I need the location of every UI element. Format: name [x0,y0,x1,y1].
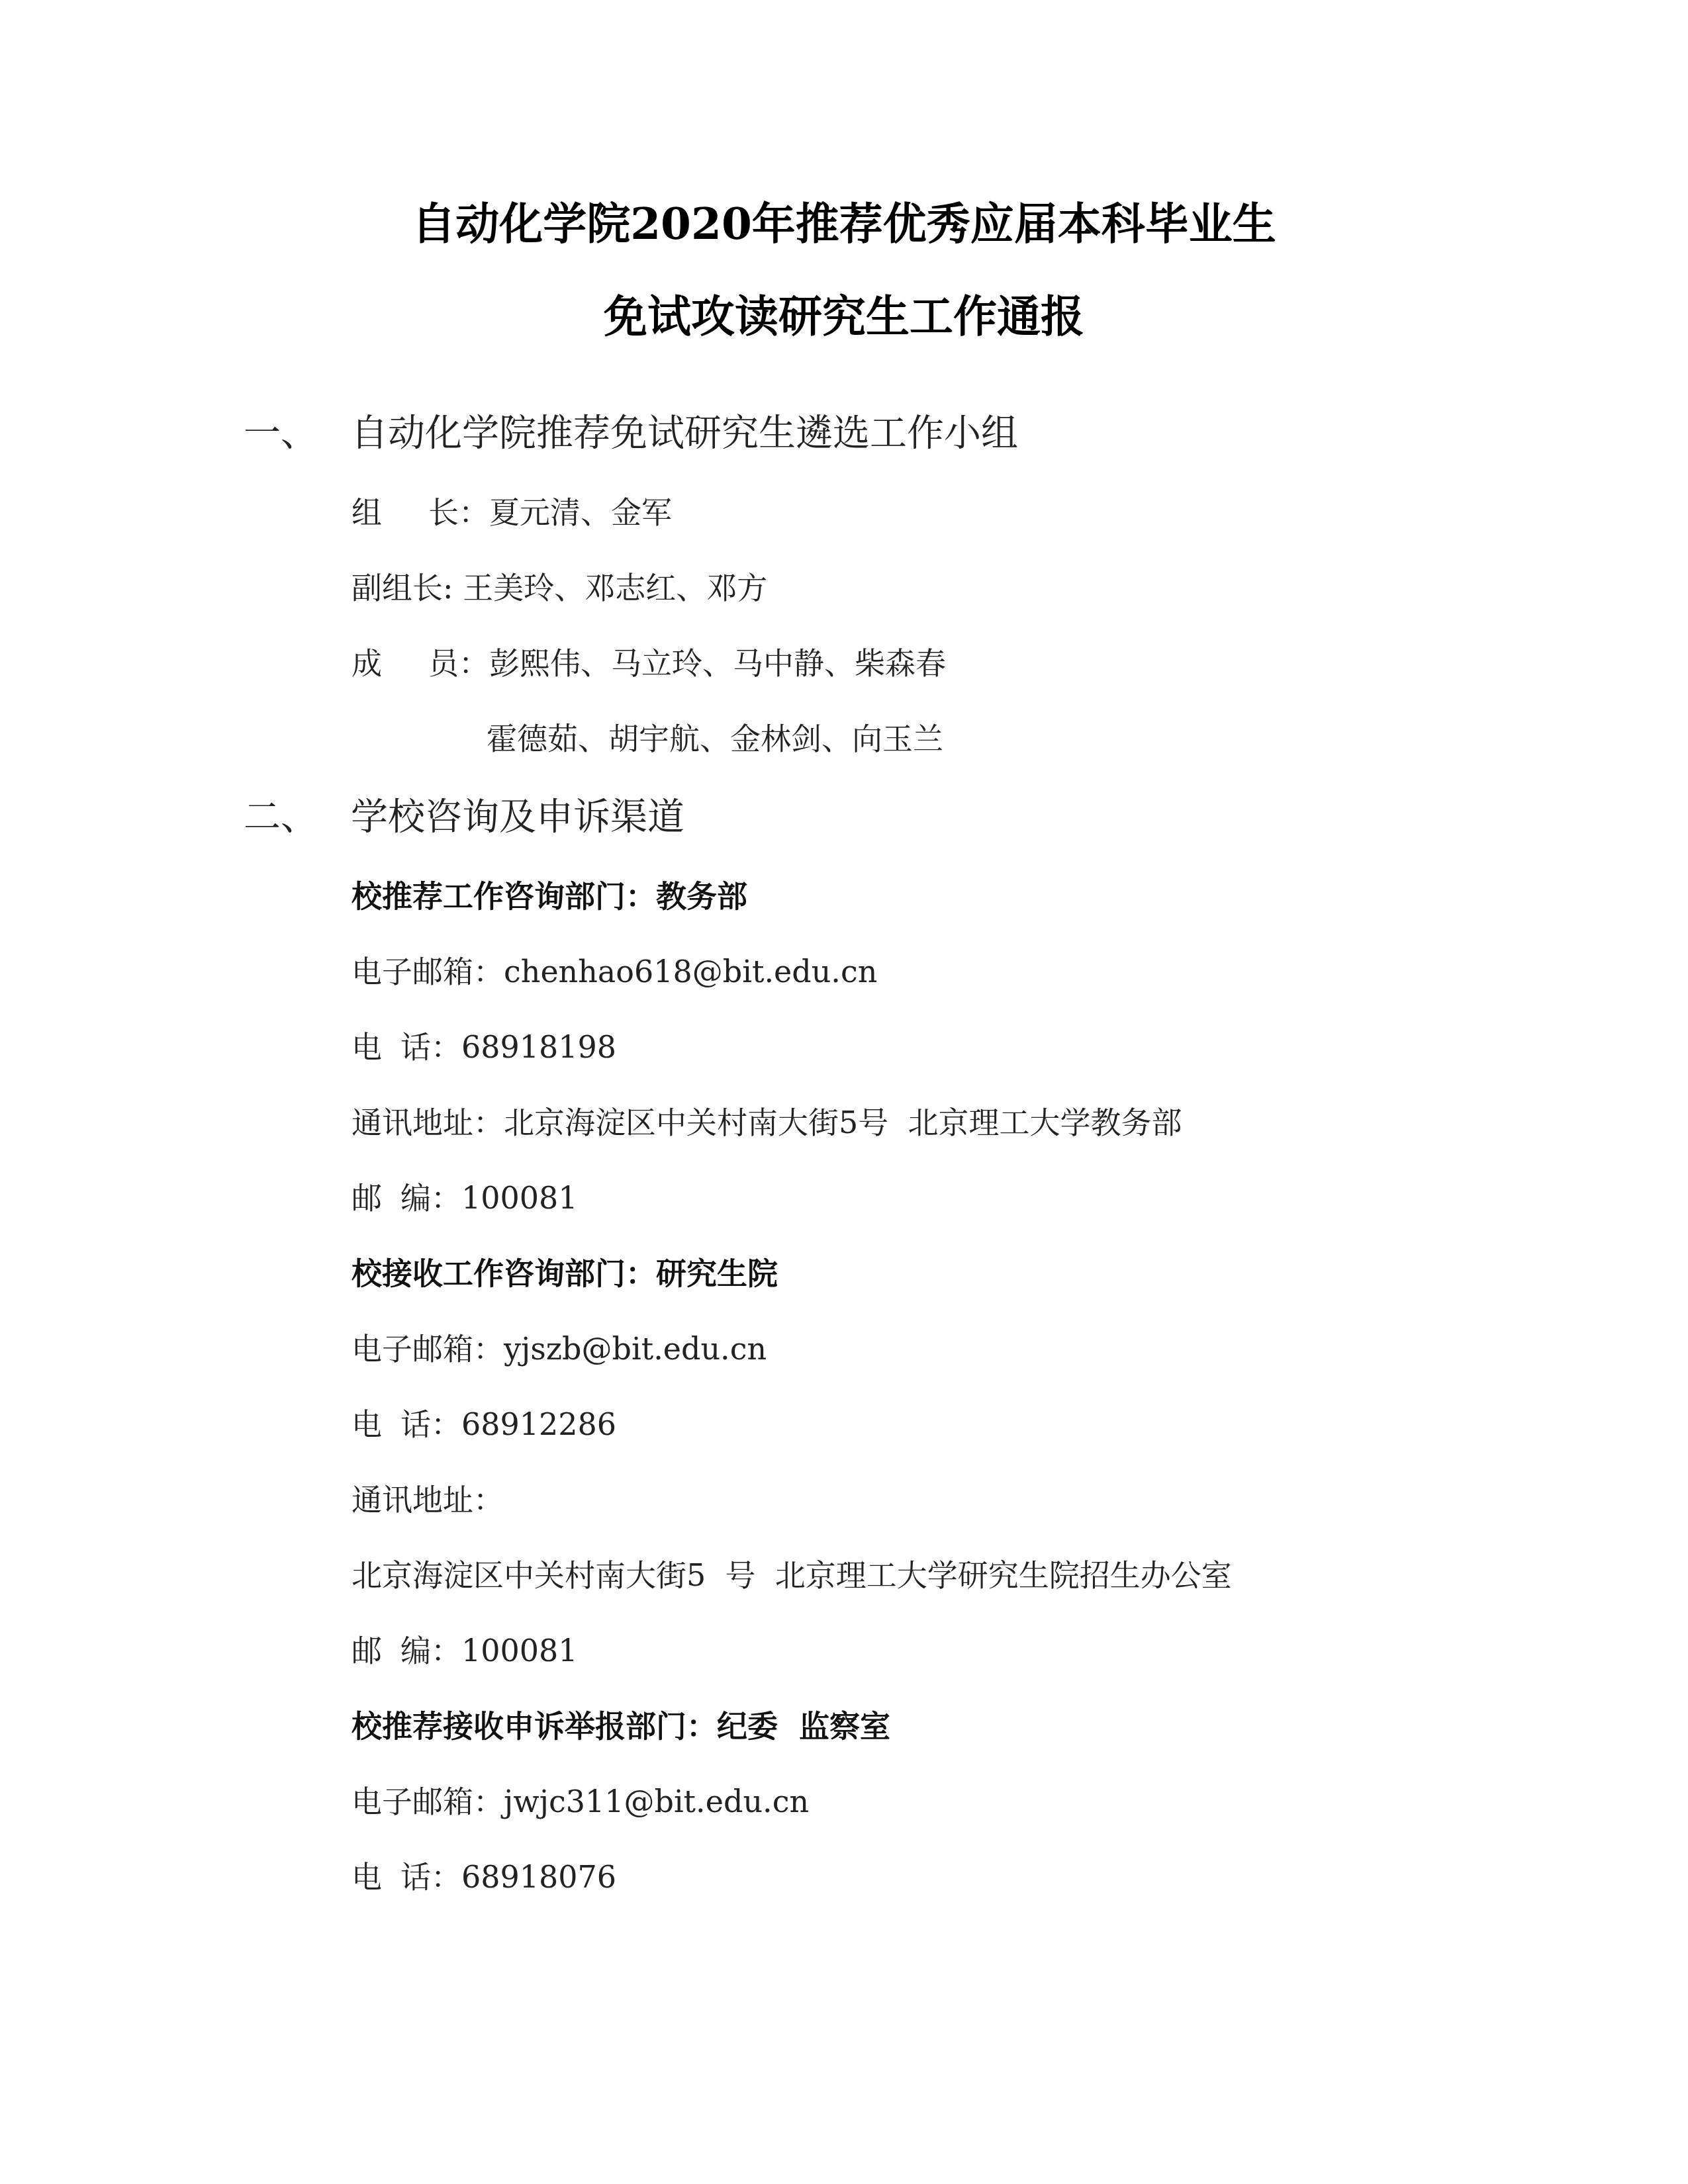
admission-email-link[interactable]: yjszb@bit.edu.cn [504,1331,767,1367]
section-1-heading: 一、自动化学院推荐免试研究生遴选工作小组 [244,410,1018,457]
appeal-phone: 68918076 [461,1859,616,1895]
member-value-1: 彭熙伟、马立玲、马中静、柴森春 [489,645,946,681]
admission-address: 北京海淀区中关村南大街5 号 北京理工大学研究生院招生办公室 [352,1555,1232,1595]
deputy-row: 副组长: 王美玲、邓志红、邓方 [352,568,767,608]
document-page: 自动化学院2020年推荐优秀应届本科毕业生 免试攻读研究生工作通报 一、自动化学… [0,0,1688,2184]
leader-label-b: 长： [428,494,489,530]
email-label: 电子邮箱： [352,1331,504,1367]
member-label-b: 员： [428,645,489,681]
phone-label-b: 话： [400,1406,461,1442]
recommend-dept-heading: 校推荐工作咨询部门：教务部 [352,876,747,916]
appeal-email-row: 电子邮箱：jwjc311@bit.edu.cn [352,1782,809,1821]
recommend-address-row: 通讯地址：北京海淀区中关村南大街5号 北京理工大学教务部 [352,1103,1182,1142]
leader-value: 夏元清、金军 [489,494,672,530]
phone-label-b: 话： [400,1859,461,1895]
phone-label-a: 电 [352,1859,382,1895]
section-1-number: 一、 [244,410,351,457]
deputy-value: 王美玲、邓志红、邓方 [463,570,767,606]
phone-label-a: 电 [352,1406,382,1442]
member-row: 成员：彭熙伟、马立玲、马中静、柴森春 [352,643,946,683]
section-2-title: 学校咨询及申诉渠道 [351,796,684,839]
section-2-heading: 二、学校咨询及申诉渠道 [244,794,684,841]
recommend-postcode-row: 邮编：100081 [352,1178,578,1218]
admission-postcode-row: 邮编：100081 [352,1631,578,1670]
appeal-dept-heading: 校推荐接收申诉举报部门：纪委 监察室 [352,1706,890,1746]
address-label: 通讯地址： [352,1105,504,1140]
admission-phone-row: 电话：68912286 [352,1404,616,1444]
deputy-label: 副组长: [352,570,463,606]
section-2-number: 二、 [244,794,351,841]
leader-label-a: 组 [352,494,382,530]
recommend-postcode: 100081 [461,1180,578,1216]
email-label: 电子邮箱： [352,1784,504,1819]
recommend-email-row: 电子邮箱：chenhao618@bit.edu.cn [352,952,877,991]
postcode-label-a: 邮 [352,1180,382,1216]
admission-postcode: 100081 [461,1633,578,1668]
admission-dept-heading: 校接收工作咨询部门：研究生院 [352,1253,778,1293]
appeal-phone-row: 电话：68918076 [352,1857,616,1897]
admission-phone: 68912286 [461,1406,616,1442]
recommend-address: 北京海淀区中关村南大街5号 北京理工大学教务部 [504,1105,1182,1140]
title-line-2: 免试攻读研究生工作通报 [0,290,1688,343]
title-line-1: 自动化学院2020年推荐优秀应届本科毕业生 [0,197,1688,250]
postcode-label-a: 邮 [352,1633,382,1668]
postcode-label-b: 编： [400,1180,461,1216]
email-label: 电子邮箱： [352,954,504,989]
postcode-label-b: 编： [400,1633,461,1668]
recommend-email-link[interactable]: chenhao618@bit.edu.cn [504,954,877,989]
recommend-phone-row: 电话：68918198 [352,1027,616,1067]
appeal-email-link[interactable]: jwjc311@bit.edu.cn [504,1784,809,1819]
admission-address-label-row: 通讯地址： [352,1480,504,1520]
member-label-a: 成 [352,645,382,681]
leader-row: 组长：夏元清、金军 [352,492,672,532]
phone-label-b: 话： [400,1029,461,1065]
member-row-continued: 霍德茹、胡宇航、金林剑、向玉兰 [487,719,943,758]
section-1-title: 自动化学院推荐免试研究生遴选工作小组 [351,412,1018,455]
phone-label-a: 电 [352,1029,382,1065]
recommend-phone: 68918198 [461,1029,616,1065]
admission-email-row: 电子邮箱：yjszb@bit.edu.cn [352,1329,767,1369]
